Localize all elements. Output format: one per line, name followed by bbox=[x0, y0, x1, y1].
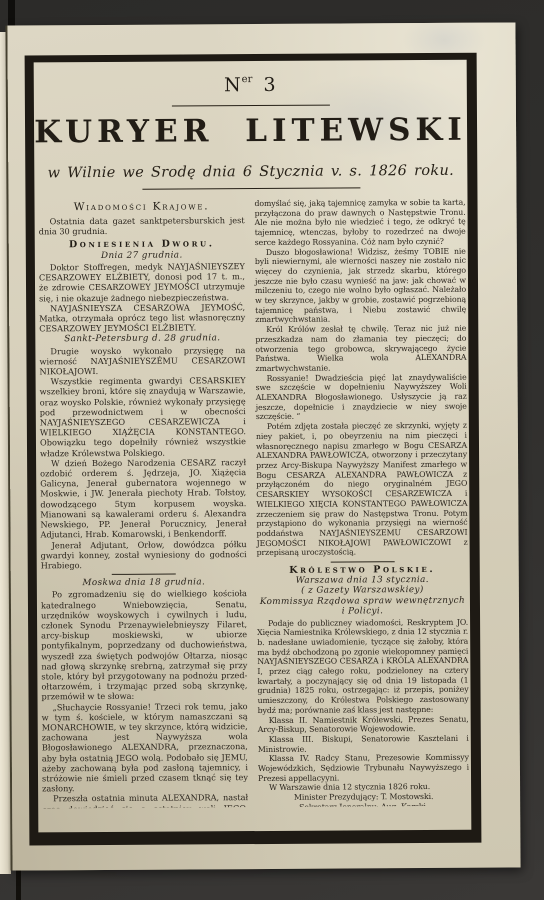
printed-border-frame: Ner3 KURYER LITEWSKI w Wilnie we Srodę d… bbox=[25, 53, 482, 846]
article-paragraph: Wszystkie regimenta gwardyi CESARSKIEY w… bbox=[40, 375, 246, 458]
article-paragraph: Ostatnia data gazet sanktpetersburskich … bbox=[39, 215, 245, 237]
issue-num-value: 3 bbox=[263, 74, 276, 96]
article-paragraph: Rossyanie! Dwadzieścia pięć lat znaydywa… bbox=[256, 372, 467, 422]
masthead-title: KURYER LITEWSKI bbox=[34, 112, 467, 151]
section-heading-wiadomosci-krajowe: Wiadomości Krajowe. bbox=[39, 201, 245, 212]
article-paragraph: Król Królów zesłał tę chwilę. Teraz nic … bbox=[255, 324, 466, 374]
article-paragraph: Jenerał Adjutant, Orłow, dowódzca półku … bbox=[41, 539, 247, 571]
column-right: domyślać się, jaką tajemnicę zamyka w so… bbox=[254, 198, 469, 807]
issue-superscript: er bbox=[242, 74, 253, 85]
article-paragraph: Doktor Stoffregen, medyk NAYJAŚNIEYSZEY … bbox=[39, 261, 245, 303]
article-center-line: Sekretarz Jeneralny: Aug. Karski. bbox=[258, 802, 469, 809]
masthead-rule-top bbox=[171, 105, 329, 107]
article-italic-heading: Sankt-Petersburg d. 28 grudnia. bbox=[39, 334, 245, 345]
article-paragraph: „Słuchaycie Rossyanie! Trzeci rok temu, … bbox=[42, 701, 249, 794]
article-paragraph: Klassa IV. Radcy Stanu, Prezesowie Kommi… bbox=[258, 753, 469, 783]
scan-artifact-bottom bbox=[16, 866, 21, 900]
column-left: Wiadomości Krajowe.Ostatnia data gazet s… bbox=[38, 199, 248, 808]
article-paragraph: Po zgromadzeniu się do wielkiego kościoł… bbox=[41, 588, 248, 701]
subheading-doniesienia-dworu: Doniesienia Dworu. bbox=[39, 239, 245, 250]
article-italic-heading: Moskwa dnia 18 grudnia. bbox=[41, 577, 247, 588]
article-paragraph-noindent: domyślać się, jaką tajemnicę zamyka w so… bbox=[254, 198, 465, 248]
masthead-rule-bottom bbox=[142, 187, 360, 189]
separator-rule bbox=[112, 574, 176, 575]
masthead-dateline: w Wilnie we Srodę dnia 6 Stycznia v. s. … bbox=[34, 163, 467, 182]
section-heading-krolestwo-polskie: Królestwo Polskie. bbox=[257, 565, 468, 576]
article-paragraph: NAYJAŚNIEYSZA CESARZOWA JEYMOŚĆ, Matka, … bbox=[39, 302, 245, 334]
article-paragraph: Klassa III. Biskupi, Senatorowie Kasztel… bbox=[258, 734, 469, 755]
article-paragraph: Przeszła ostatnia minuta ALEXANDRA, nast… bbox=[42, 792, 248, 808]
article-italic-heading: Kommissya Rządowa spraw wewnętrznych i P… bbox=[257, 597, 468, 618]
newspaper-page: Ner3 KURYER LITEWSKI w Wilnie we Srodę d… bbox=[7, 22, 520, 870]
article-paragraph: Podaje do publiczney wiadomości, Reskryp… bbox=[257, 617, 469, 715]
article-columns: Wiadomości Krajowe.Ostatnia data gazet s… bbox=[34, 198, 471, 809]
article-paragraph: Potém zdjęta została pieczęć ze skrzynki… bbox=[256, 421, 468, 558]
separator-rule bbox=[330, 561, 394, 562]
article-paragraph: Duszo błogosławiona! Widzisz, żeśmy TOBI… bbox=[255, 246, 466, 325]
article-paragraph: W dzień Bożego Narodzenia CESARZ raczył … bbox=[40, 457, 246, 540]
issue-prefix: N bbox=[224, 74, 242, 96]
article-paragraph: Klassa II. Namiestnik Królewski, Prezes … bbox=[258, 714, 469, 735]
issue-number: Ner3 bbox=[34, 73, 467, 98]
article-paragraph: Drugie woysko wykonało przysięgę na wier… bbox=[39, 345, 245, 377]
article-italic-heading: Dnia 27 grudnia. bbox=[39, 250, 245, 261]
